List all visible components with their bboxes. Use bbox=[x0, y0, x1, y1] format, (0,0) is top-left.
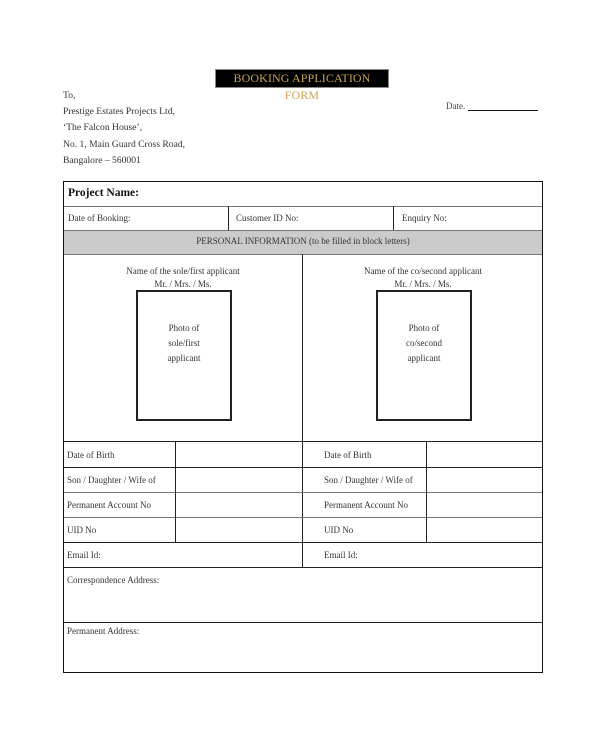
divider bbox=[64, 230, 542, 231]
date-input-line[interactable] bbox=[468, 102, 538, 111]
permanent-address-input[interactable] bbox=[64, 640, 542, 672]
date-field: Date. bbox=[446, 101, 538, 111]
address-line: Prestige Estates Projects Ltd, bbox=[63, 104, 185, 120]
second-applicant-heading: Name of the co/second applicant Mr. / Mr… bbox=[303, 265, 543, 290]
left-relation-input[interactable] bbox=[176, 468, 302, 492]
photo-caption-line: applicant bbox=[168, 351, 201, 366]
applicant-column-divider bbox=[302, 254, 303, 568]
customer-id-input[interactable] bbox=[304, 207, 392, 230]
address-line: No. 1, Main Guard Cross Road, bbox=[63, 137, 185, 153]
left-relation-label: Son / Daughter / Wife of bbox=[67, 475, 156, 485]
left-dob-label: Date of Birth bbox=[67, 450, 115, 460]
project-name-label: Project Name: bbox=[68, 187, 139, 199]
right-uid-input[interactable] bbox=[427, 518, 542, 542]
divider bbox=[64, 567, 542, 568]
photo-caption-line: applicant bbox=[406, 351, 442, 366]
permanent-address-label: Permanent Address: bbox=[67, 626, 139, 636]
right-email-label: Email Id: bbox=[324, 550, 358, 560]
customer-id-label: Customer ID No: bbox=[236, 213, 299, 223]
left-email-label: Email Id: bbox=[67, 550, 101, 560]
first-applicant-photo-box[interactable]: Photo of sole/first applicant bbox=[136, 290, 232, 421]
date-label: Date. bbox=[446, 101, 465, 111]
address-line: To, bbox=[63, 88, 185, 104]
second-applicant-salutation: Mr. / Mrs. / Ms. bbox=[303, 278, 543, 291]
right-email-input[interactable] bbox=[364, 543, 542, 567]
project-name-input[interactable] bbox=[154, 182, 542, 206]
photo-caption-line: sole/first bbox=[168, 336, 201, 351]
left-email-input[interactable] bbox=[104, 543, 302, 567]
enquiry-no-label: Enquiry No: bbox=[402, 213, 447, 223]
divider bbox=[228, 206, 229, 231]
left-dob-input[interactable] bbox=[176, 442, 302, 467]
divider bbox=[64, 254, 542, 255]
photo-caption-line: Photo of bbox=[168, 321, 201, 336]
left-pan-label: Permanent Account No bbox=[67, 500, 151, 510]
right-dob-input[interactable] bbox=[427, 442, 542, 467]
right-relation-label: Son / Daughter / Wife of bbox=[324, 475, 413, 485]
right-pan-label: Permanent Account No bbox=[324, 500, 408, 510]
date-of-booking-label: Date of Booking: bbox=[68, 213, 131, 223]
first-applicant-salutation: Mr. / Mrs. / Ms. bbox=[64, 278, 302, 291]
divider bbox=[393, 206, 394, 231]
right-relation-input[interactable] bbox=[427, 468, 542, 492]
address-line: Bangalore – 560001 bbox=[63, 153, 185, 169]
booking-form-table: Project Name: Date of Booking: Customer … bbox=[63, 181, 543, 673]
photo-caption-line: co/second bbox=[406, 336, 442, 351]
photo-caption-line: Photo of bbox=[406, 321, 442, 336]
first-applicant-name-label: Name of the sole/first applicant bbox=[64, 265, 302, 278]
enquiry-no-input[interactable] bbox=[454, 207, 542, 230]
first-applicant-heading: Name of the sole/first applicant Mr. / M… bbox=[64, 265, 302, 290]
recipient-address: To, Prestige Estates Projects Ltd, ‘The … bbox=[63, 88, 185, 169]
address-line: ‘The Falcon House’, bbox=[63, 120, 185, 136]
left-uid-label: UID No bbox=[67, 525, 96, 535]
correspondence-address-label: Correspondence Address: bbox=[67, 575, 159, 585]
second-applicant-name-label: Name of the co/second applicant bbox=[303, 265, 543, 278]
form-title: BOOKING APPLICATION FORM bbox=[215, 69, 389, 88]
right-uid-label: UID No bbox=[324, 525, 353, 535]
second-applicant-photo-box[interactable]: Photo of co/second applicant bbox=[376, 290, 472, 421]
date-of-booking-input[interactable] bbox=[139, 207, 227, 230]
left-pan-input[interactable] bbox=[176, 493, 302, 517]
divider bbox=[64, 622, 542, 623]
right-pan-input[interactable] bbox=[427, 493, 542, 517]
personal-info-header: PERSONAL INFORMATION (to be filled in bl… bbox=[64, 236, 542, 246]
right-dob-label: Date of Birth bbox=[324, 450, 372, 460]
left-uid-input[interactable] bbox=[176, 518, 302, 542]
correspondence-address-input[interactable] bbox=[64, 587, 542, 621]
